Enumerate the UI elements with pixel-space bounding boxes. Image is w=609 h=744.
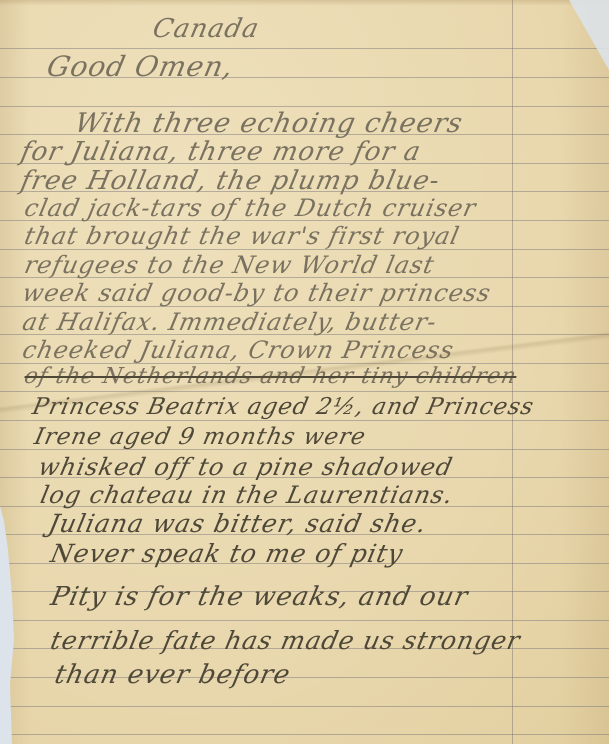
folded-corner bbox=[569, 0, 609, 70]
letter-line: terrible fate has made us stronger bbox=[48, 626, 523, 655]
letter-line: With three echoing cheers bbox=[72, 108, 466, 139]
letter-heading: Canada bbox=[150, 14, 262, 44]
ruled-line bbox=[0, 734, 609, 735]
letter-line: at Halifax. Immediately, butter- bbox=[20, 308, 440, 336]
letter-line-struck: of the Netherlands and her tiny children bbox=[22, 364, 519, 389]
letter-line: Never speak to me of pity bbox=[48, 539, 406, 568]
letter-line: clad jack-tars of the Dutch cruiser bbox=[22, 194, 479, 222]
letter-line: Princess Beatrix aged 2½, and Princess bbox=[30, 394, 537, 420]
letter-line: free Holland, the plump blue- bbox=[18, 166, 443, 196]
ruled-line bbox=[0, 706, 609, 707]
letter-paper: Canada Good Omen, With three echoing che… bbox=[0, 0, 609, 744]
letter-line: that brought the war's first royal bbox=[22, 222, 462, 250]
letter-line: Irene aged 9 months were bbox=[32, 424, 369, 450]
letter-line: Juliana was bitter, said she. bbox=[46, 509, 430, 538]
ruled-line bbox=[0, 48, 609, 49]
ruled-line bbox=[0, 620, 609, 621]
letter-line: cheeked Juliana, Crown Princess bbox=[20, 336, 457, 364]
letter-line: than ever before bbox=[52, 660, 293, 690]
letter-line: Pity is for the weaks, and our bbox=[48, 582, 471, 612]
letter-line: log chateau in the Laurentians. bbox=[38, 481, 456, 509]
ruled-line bbox=[0, 106, 609, 107]
letter-line: for Juliana, three more for a bbox=[18, 137, 424, 167]
letter-salutation: Good Omen, bbox=[44, 50, 237, 83]
ruled-line bbox=[0, 391, 609, 392]
letter-line: refugees to the New World last bbox=[22, 251, 437, 279]
letter-line: whisked off to a pine shadowed bbox=[36, 453, 456, 481]
ruled-line bbox=[0, 420, 609, 421]
letter-line: week said good-by to their princess bbox=[20, 279, 494, 307]
